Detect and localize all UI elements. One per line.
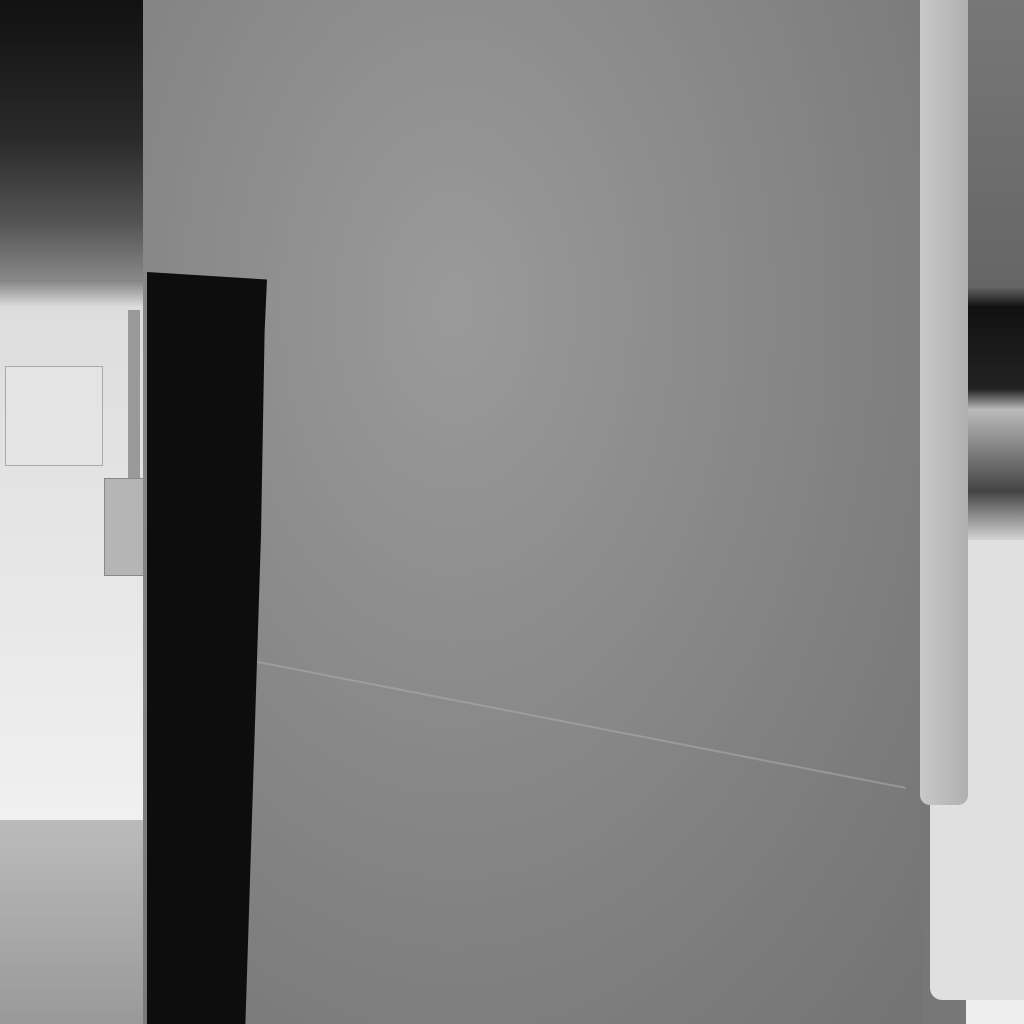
column-edge: [920, 0, 968, 805]
black-tape-strip: [147, 272, 267, 1024]
ceiling: [0, 0, 150, 280]
conduit-pipe: [128, 310, 140, 480]
electrical-panel: [5, 366, 103, 466]
floor: [0, 820, 145, 1024]
